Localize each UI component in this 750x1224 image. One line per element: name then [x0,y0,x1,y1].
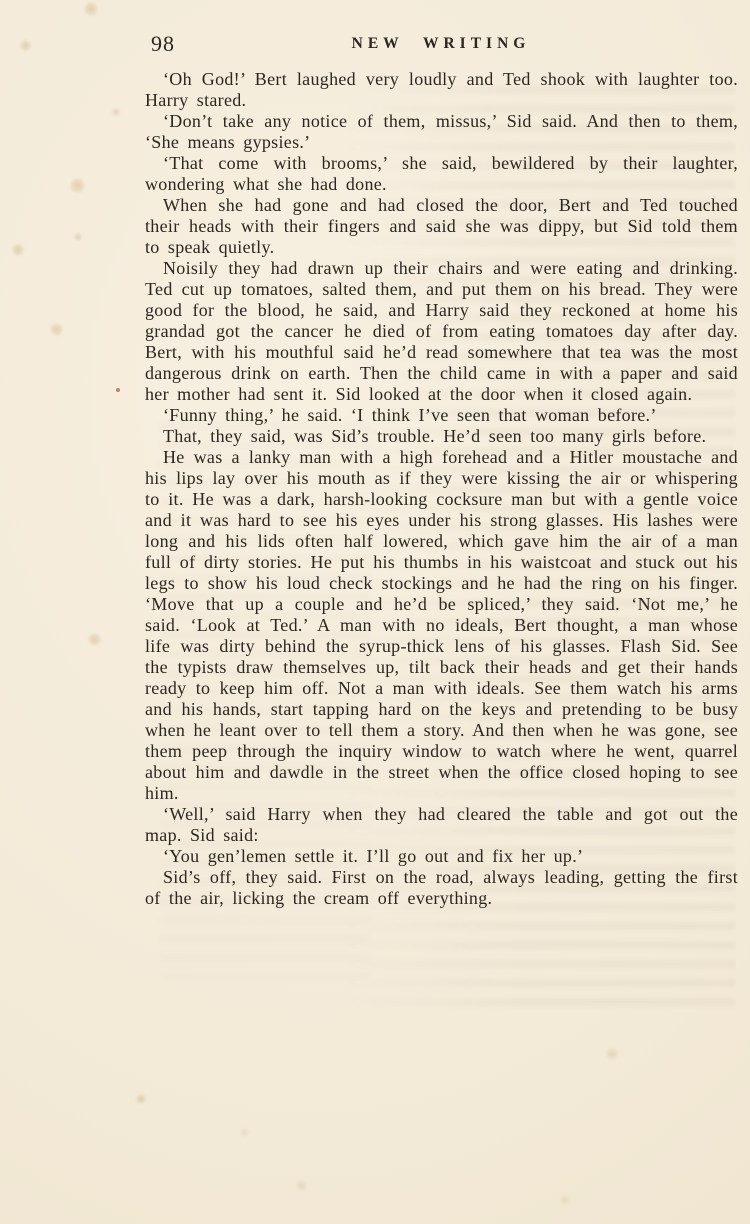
paragraph: ‘Funny thing,’ he said. ‘I think I’ve se… [145,405,738,426]
foxing-spot [240,1128,249,1137]
paragraph: Sid’s off, they said. First on the road,… [145,867,738,909]
paragraph: He was a lanky man with a high forehead … [145,447,738,804]
foxing-spot [20,40,31,51]
book-page: 98 NEW WRITING ‘Oh God!’ Bert laughed ve… [0,0,750,1224]
foxing-spot [84,2,98,16]
running-header: 98 NEW WRITING [145,33,737,59]
foxing-spot [112,108,120,116]
paragraph: When she had gone and had closed the doo… [145,195,738,258]
paragraph: ‘That come with brooms,’ she said, bewil… [145,153,738,195]
paragraph: ‘Well,’ said Harry when they had cleared… [145,804,738,846]
foxing-spot [136,1094,146,1104]
foxing-spot [74,233,82,241]
foxing-spot [70,178,85,193]
ink-speck [116,388,120,392]
running-head-title: NEW WRITING [145,36,737,52]
foxing-spot [606,1048,618,1060]
foxing-spot [560,1195,570,1205]
foxing-spot [12,244,24,256]
paragraph: ‘You gen’lemen settle it. I’ll go out an… [145,846,738,867]
paragraph: Noisily they had drawn up their chairs a… [145,258,738,405]
body-text: ‘Oh God!’ Bert laughed very loudly and T… [145,69,738,909]
paragraph: That, they said, was Sid’s trouble. He’d… [145,426,738,447]
foxing-spot [88,633,101,646]
foxing-spot [50,323,63,336]
paragraph: ‘Don’t take any notice of them, missus,’… [145,111,738,153]
paragraph: ‘Oh God!’ Bert laughed very loudly and T… [145,69,738,111]
foxing-spot [296,1180,307,1191]
